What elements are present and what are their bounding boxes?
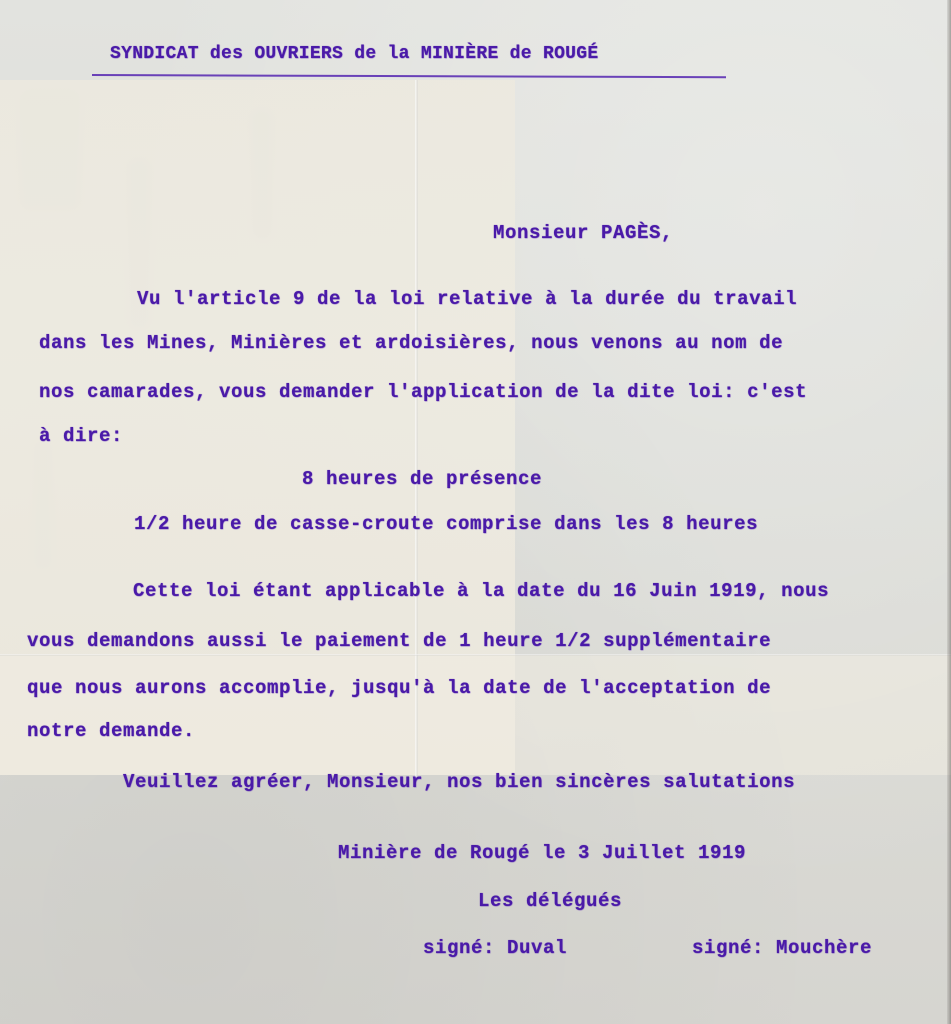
closing-formula: Veuillez agréer, Monsieur, nos bien sinc… <box>123 771 795 793</box>
vertical-fold <box>415 80 418 780</box>
condition-line: 1/2 heure de casse-croute comprise dans … <box>134 513 758 535</box>
body-line: que nous aurons accomplie, jusqu'à la da… <box>27 677 771 699</box>
letterhead-underline <box>92 74 726 78</box>
paper-edge <box>947 0 951 1024</box>
body-line: Cette loi étant applicable à la date du … <box>133 580 829 602</box>
place-and-date: Minière de Rougé le 3 Juillet 1919 <box>338 842 746 864</box>
body-line: dans les Mines, Minières et ardoisières,… <box>39 332 783 354</box>
horizontal-fold <box>0 654 951 656</box>
signature-duval: signé: Duval <box>423 937 567 959</box>
body-line: Vu l'article 9 de la loi relative à la d… <box>137 288 797 310</box>
salutation: Monsieur PAGÈS, <box>493 222 673 244</box>
body-line: nos camarades, vous demander l'applicati… <box>39 381 807 403</box>
delegates-label: Les délégués <box>478 890 622 912</box>
body-line: notre demande. <box>27 720 195 742</box>
condition-line: 8 heures de présence <box>302 468 542 490</box>
body-line: à dire: <box>39 425 123 447</box>
signature-mouchere: signé: Mouchère <box>692 937 872 959</box>
letterhead-title: SYNDICAT des OUVRIERS de la MINIÈRE de R… <box>110 44 598 64</box>
paper-background: SYNDICAT des OUVRIERS de la MINIÈRE de R… <box>0 0 951 1024</box>
tape-overlay-lower <box>0 655 951 775</box>
body-line: vous demandons aussi le paiement de 1 he… <box>27 630 771 652</box>
